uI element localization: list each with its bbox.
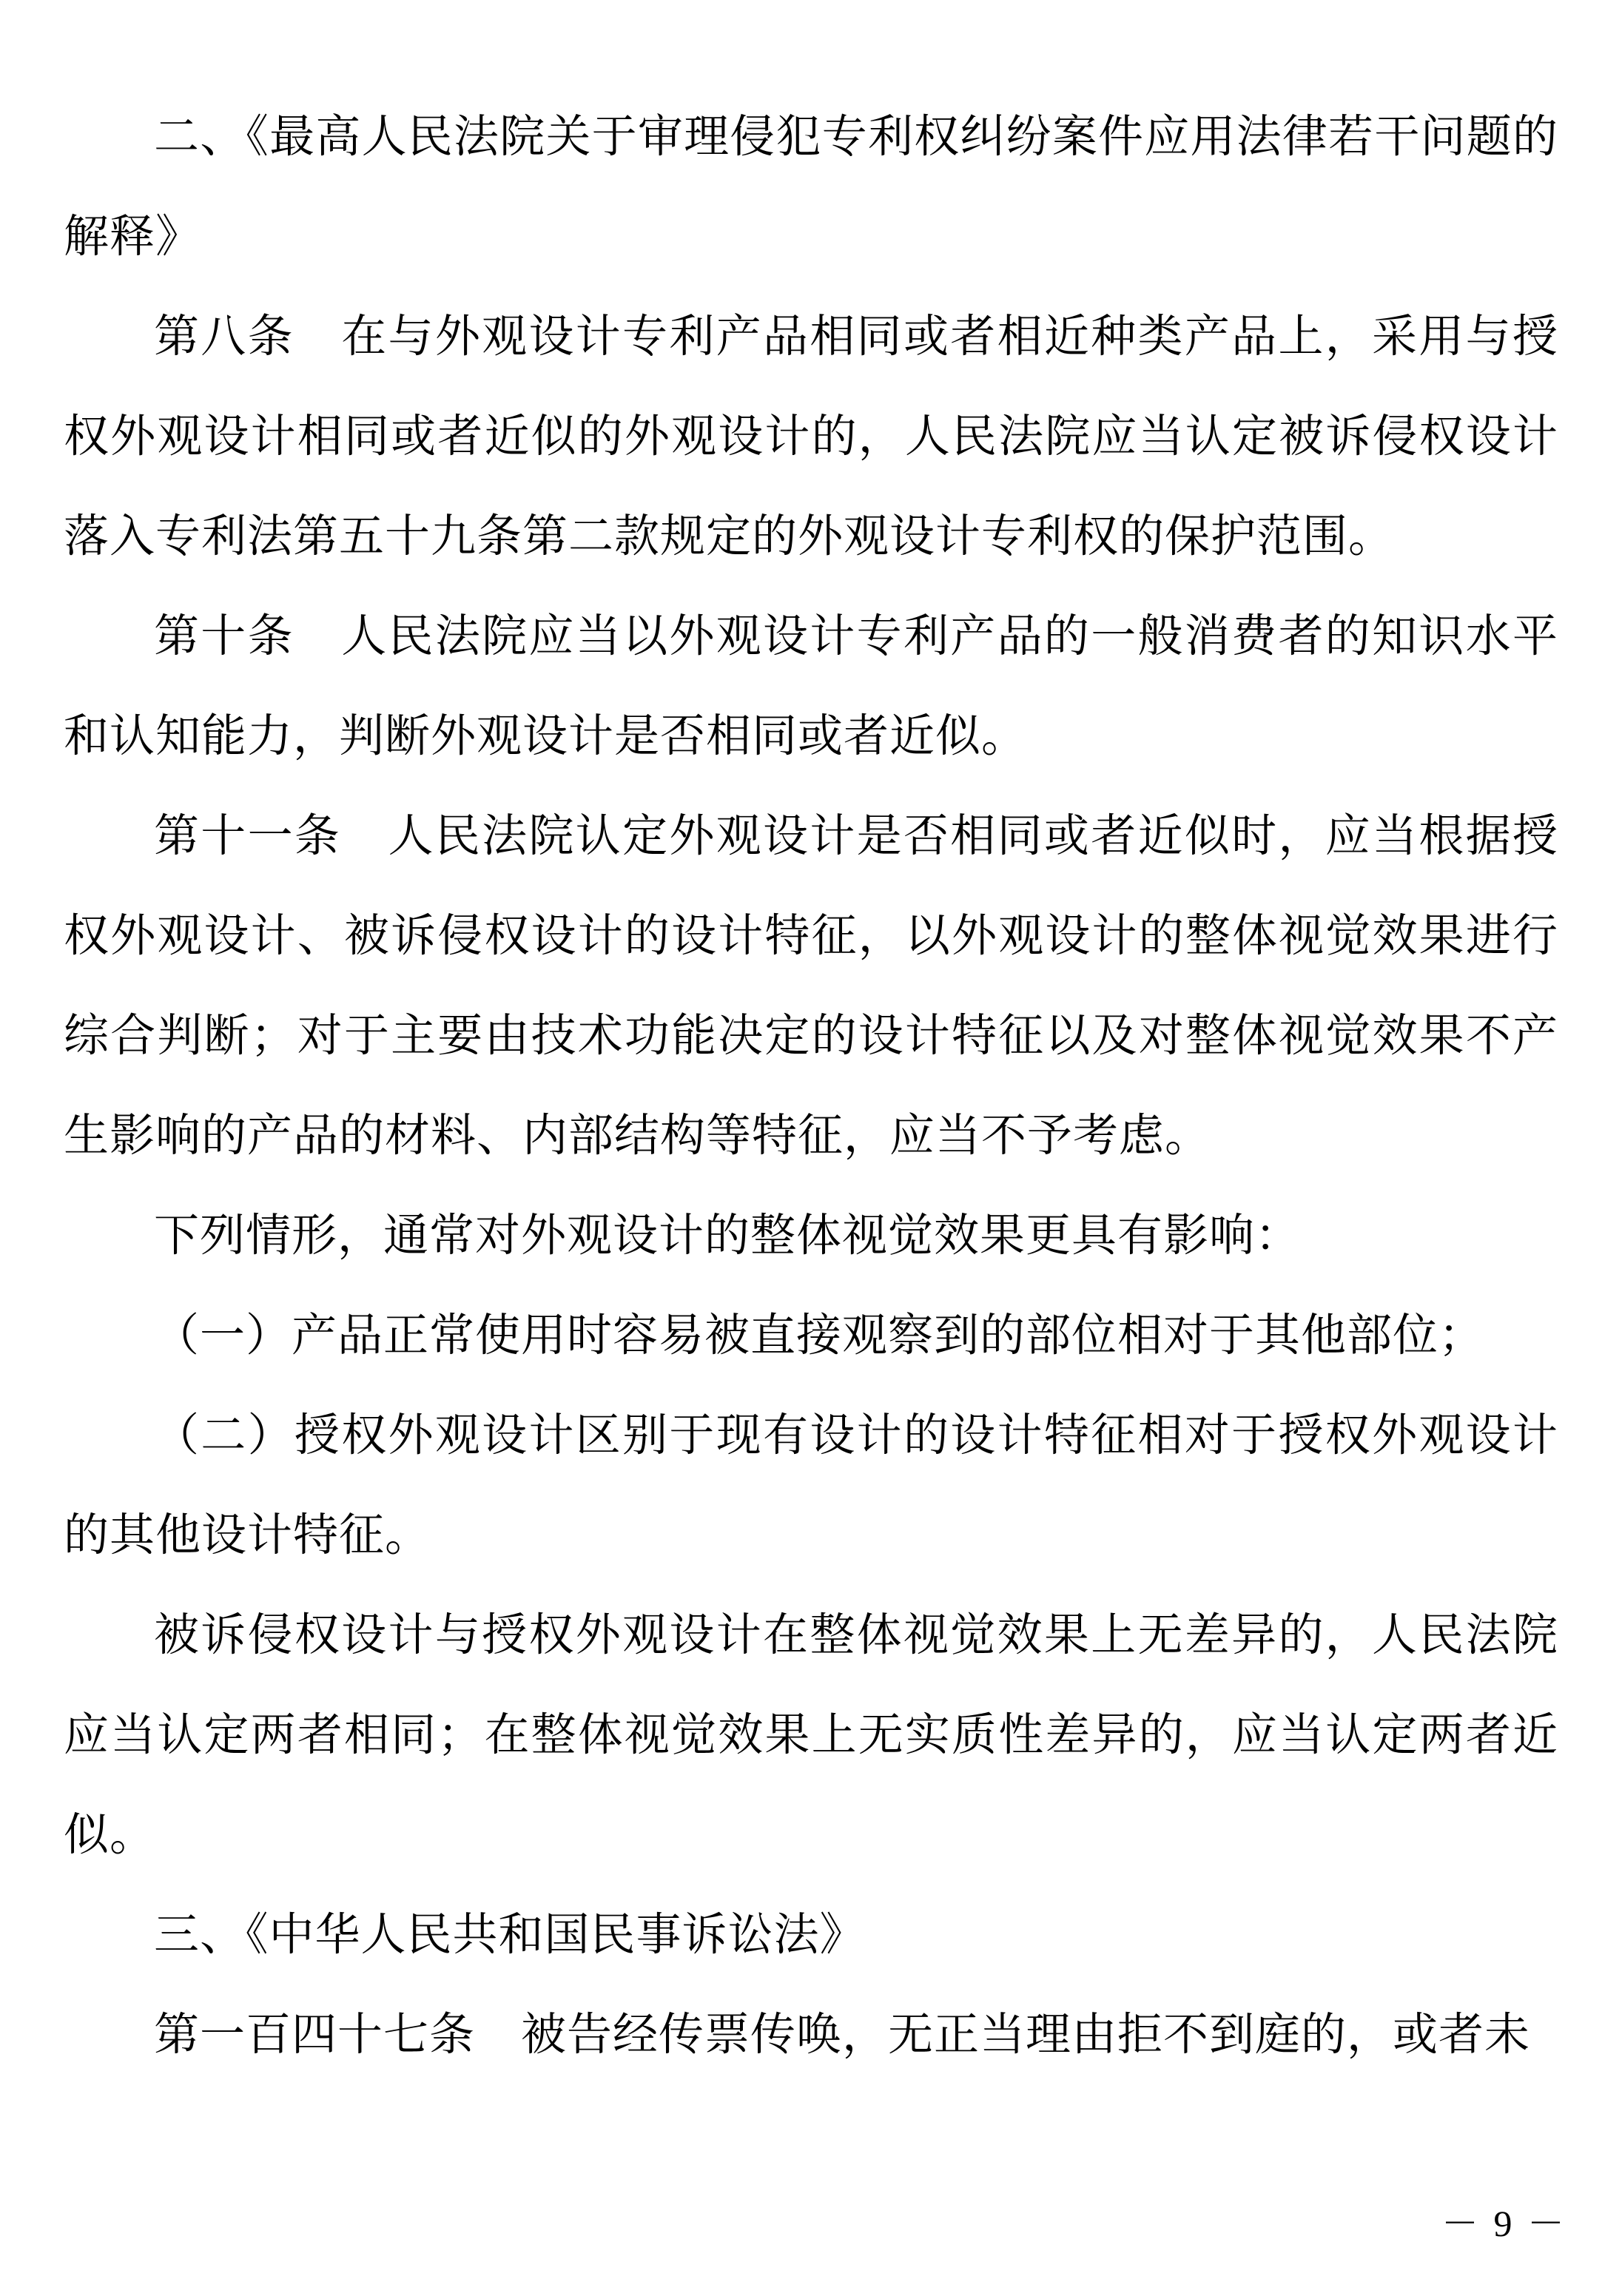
document-page: 二、《最高人民法院关于审理侵犯专利权纠纷案件应用法律若干问题的解释》 第八条 在… bbox=[0, 0, 1622, 2296]
paragraph: （一）产品正常使用时容易被直接观察到的部位相对于其他部位； bbox=[64, 1286, 1558, 1386]
paragraph: 二、《最高人民法院关于审理侵犯专利权纠纷案件应用法律若干问题的解释》 bbox=[64, 87, 1558, 287]
paragraph: （二）授权外观设计区别于现有设计的设计特征相对于授权外观设计的其他设计特征。 bbox=[64, 1386, 1558, 1586]
paragraph: 第十一条 人民法院认定外观设计是否相同或者近似时，应当根据授权外观设计、被诉侵权… bbox=[64, 787, 1558, 1186]
paragraph: 第一百四十七条 被告经传票传唤，无正当理由拒不到庭的，或者未 bbox=[64, 1985, 1558, 2085]
paragraph: 三、《中华人民共和国民事诉讼法》 bbox=[64, 1885, 1558, 1985]
paragraph: 第八条 在与外观设计专利产品相同或者相近种类产品上，采用与授权外观设计相同或者近… bbox=[64, 287, 1558, 587]
paragraph: 第十条 人民法院应当以外观设计专利产品的一般消费者的知识水平和认知能力，判断外观… bbox=[64, 587, 1558, 787]
page-number: － 9 － bbox=[1441, 2201, 1567, 2246]
document-body: 二、《最高人民法院关于审理侵犯专利权纠纷案件应用法律若干问题的解释》 第八条 在… bbox=[64, 87, 1558, 2085]
paragraph: 被诉侵权设计与授权外观设计在整体视觉效果上无差异的，人民法院应当认定两者相同；在… bbox=[64, 1586, 1558, 1885]
paragraph: 下列情形，通常对外观设计的整体视觉效果更具有影响： bbox=[64, 1186, 1558, 1286]
